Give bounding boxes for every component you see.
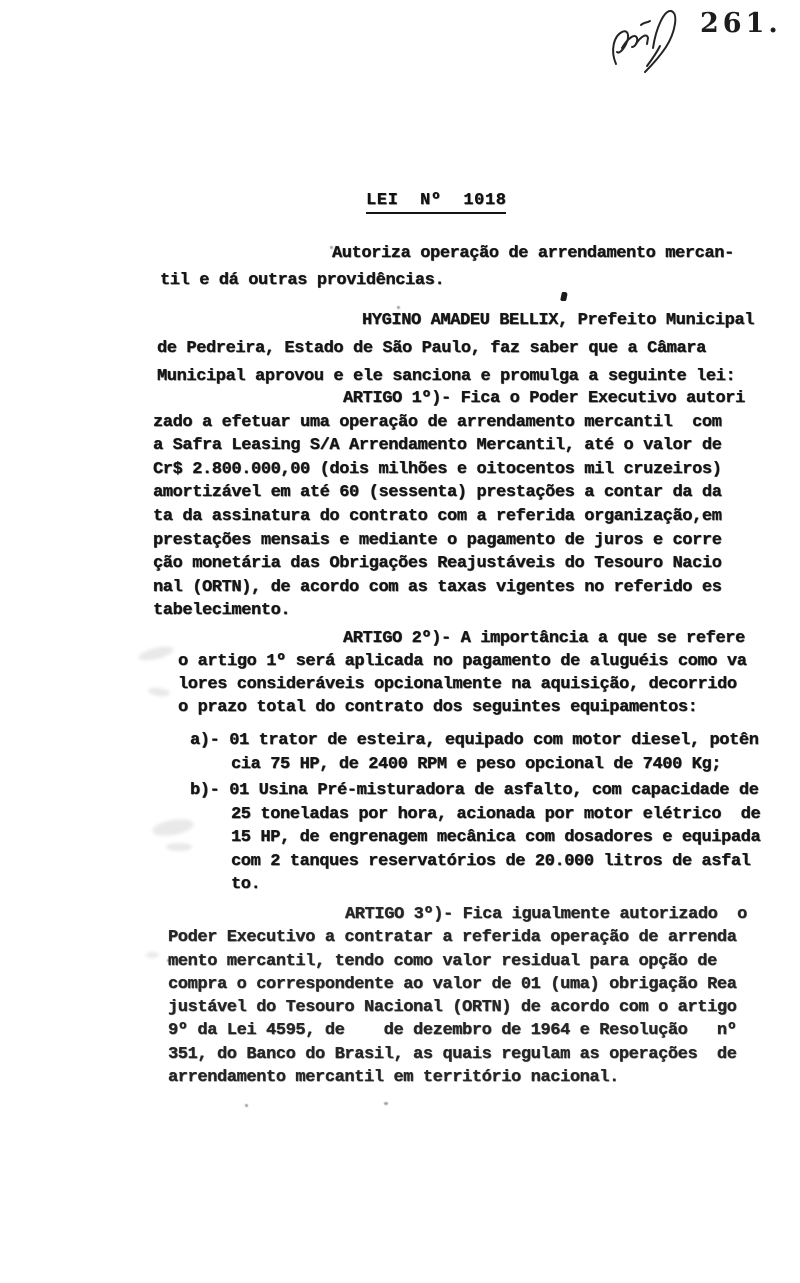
paper-speck bbox=[167, 959, 170, 962]
preamble-line: HYGINO AMADEU BELLIX, Prefeito Municipal bbox=[157, 307, 754, 335]
item-b-line: b)- 01 Usina Pré-misturadora de asfalto,… bbox=[190, 779, 760, 803]
article-3-line: Poder Executivo a contratar a referida o… bbox=[168, 926, 747, 949]
article-3-paragraph: ARTIGO 3º)- Fica igualmente autorizado o… bbox=[168, 903, 747, 1089]
ementa-line: Autoriza operação de arrendamento mercan… bbox=[160, 240, 734, 267]
article-2-line: o prazo total do contrato dos seguintes … bbox=[178, 696, 747, 719]
item-a-line: cia 75 HP, de 2400 RPM e peso opcional d… bbox=[190, 753, 759, 777]
preamble-line: de Pedreira, Estado de São Paulo, faz sa… bbox=[157, 335, 754, 363]
article-1-line: ta da assinatura do contrato com a refer… bbox=[153, 505, 745, 529]
article-1-line: ção monetária das Obrigações Reajustávei… bbox=[153, 552, 745, 576]
article-1-line: ARTIGO 1º)- Fica o Poder Executivo autor… bbox=[153, 387, 745, 411]
item-b-line: 25 toneladas por hora, acionada por moto… bbox=[190, 803, 760, 827]
scanned-document-page: 261. LEI Nº 1018 Autoriza operação de ar… bbox=[0, 0, 800, 1283]
paper-speck bbox=[245, 1104, 248, 1107]
article-2-line: o artigo 1º será aplicada no pagamento d… bbox=[178, 650, 747, 673]
item-a-line: a)- 01 trator de esteira, equipado com m… bbox=[190, 729, 759, 753]
article-2-paragraph: ARTIGO 2º)- A importância a que se refer… bbox=[178, 627, 747, 719]
article-1-line: tabelecimento. bbox=[153, 599, 745, 623]
item-b-line: com 2 tanques reservatórios de 20.000 li… bbox=[190, 850, 760, 874]
equipment-item-a: a)- 01 trator de esteira, equipado com m… bbox=[190, 729, 759, 776]
article-1-line: zado a efetuar uma operação de arrendame… bbox=[153, 411, 745, 435]
article-1-line: amortizável em até 60 (sessenta) prestaç… bbox=[153, 481, 745, 505]
article-2-line: lores consideráveis opcionalmente na aqu… bbox=[178, 673, 747, 696]
article-3-line: ARTIGO 3º)- Fica igualmente autorizado o bbox=[168, 903, 747, 926]
paper-speck bbox=[397, 306, 400, 309]
paper-speck bbox=[330, 246, 333, 249]
law-title: LEI Nº 1018 bbox=[366, 191, 506, 214]
equipment-item-b: b)- 01 Usina Pré-misturadora de asfalto,… bbox=[190, 779, 760, 897]
ementa-paragraph: Autoriza operação de arrendamento mercan… bbox=[160, 240, 734, 294]
document-text: LEI Nº 1018 Autoriza operação de arrenda… bbox=[0, 0, 800, 1283]
article-3-line: compra o correspondente ao valor de 01 (… bbox=[168, 973, 747, 996]
article-3-line: arrendamento mercantil em território nac… bbox=[168, 1066, 747, 1089]
paper-speck bbox=[384, 1102, 388, 1105]
article-1-line: prestações mensais e mediante o pagament… bbox=[153, 529, 745, 553]
article-3-line: 351, do Banco do Brasil, as quais regula… bbox=[168, 1043, 747, 1066]
article-1-line: a Safra Leasing S/A Arrendamento Mercant… bbox=[153, 434, 745, 458]
article-3-line: justável do Tesouro Nacional (ORTN) de a… bbox=[168, 996, 747, 1019]
article-1-line: Cr$ 2.800.000,00 (dois milhões e oitocen… bbox=[153, 458, 745, 482]
ink-smudge bbox=[146, 952, 159, 958]
ink-smudge bbox=[166, 843, 192, 851]
ementa-line: til e dá outras providências. bbox=[160, 267, 734, 294]
article-3-line: mento mercantil, tendo como valor residu… bbox=[168, 950, 747, 973]
item-b-line: 15 HP, de engrenagem mecânica com dosado… bbox=[190, 826, 760, 850]
item-b-line: to. bbox=[190, 873, 760, 897]
article-2-line: ARTIGO 2º)- A importância a que se refer… bbox=[178, 627, 747, 650]
preamble-paragraph: HYGINO AMADEU BELLIX, Prefeito Municipal… bbox=[157, 307, 754, 391]
article-1-line: nal (ORTN), de acordo com as taxas vigen… bbox=[153, 576, 745, 600]
article-1-paragraph: ARTIGO 1º)- Fica o Poder Executivo autor… bbox=[153, 387, 745, 623]
article-3-line: 9º da Lei 4595, de de dezembro de 1964 e… bbox=[168, 1019, 747, 1042]
